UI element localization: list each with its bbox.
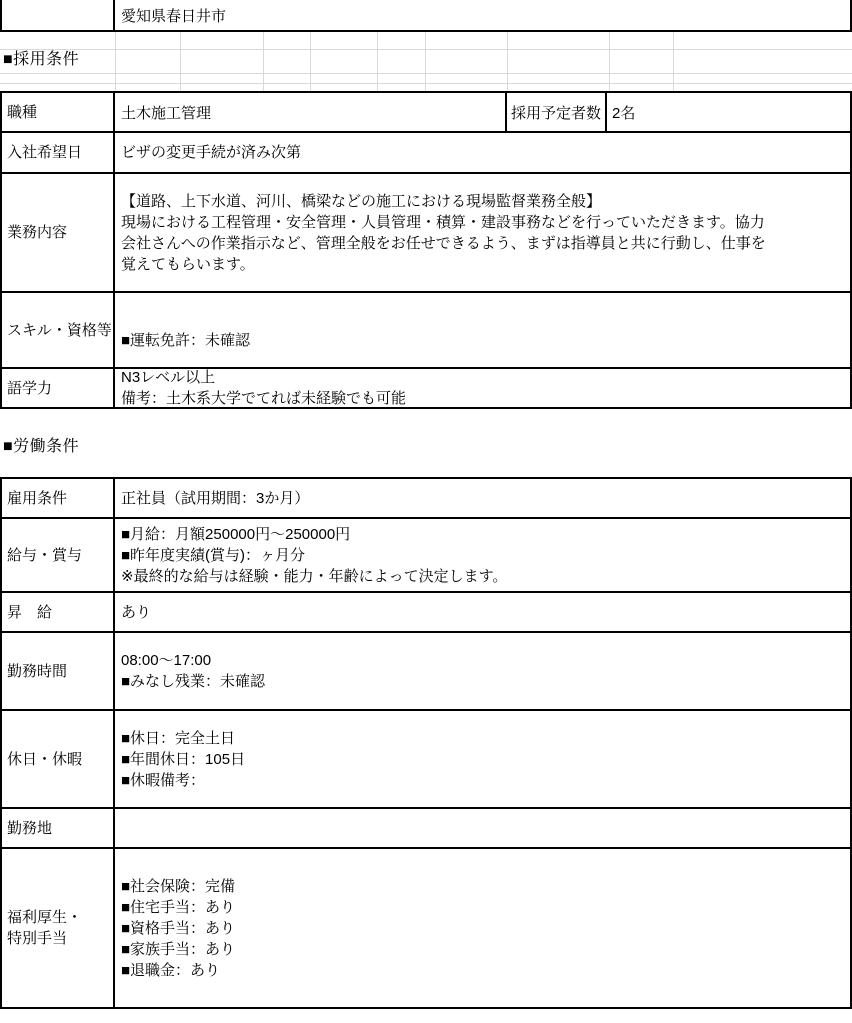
row-label: 勤務時間 [2, 633, 115, 709]
row-content: ■社会保険：完備■住宅手当：あり■資格手当：あり■家族手当：あり■退職金：あり [115, 849, 850, 1007]
content-line: ■運転免許：未確認 [121, 330, 844, 351]
content-line: ■休暇備考： [121, 770, 844, 791]
location-value: 愛知県春日井市 [115, 0, 850, 30]
table-row: 給与・賞与■月給：月額250000円～250000円■昨年度実績(賞与)：ヶ月分… [2, 517, 850, 591]
labor-conditions-table: 雇用条件正社員（試用期間：3か月）給与・賞与■月給：月額250000円～2500… [0, 477, 852, 1009]
grid-line-horizontal [0, 49, 852, 50]
content-line: 現場における工程管理・安全管理・人員管理・積算・建設事務などを行っていただきます… [121, 212, 844, 233]
table-row: 雇用条件正社員（試用期間：3か月） [2, 479, 850, 517]
job-posting-page: 愛知県春日井市 ■採用条件 職種土木施工管理採用予定者数2名入社希望日ビザの変更… [0, 0, 852, 1023]
content-line: N3レベル以上 [121, 367, 844, 388]
row-content: ■月給：月額250000円～250000円■昨年度実績(賞与)：ヶ月分※最終的な… [115, 519, 850, 591]
content-line: あり [121, 602, 844, 623]
row-label: 語学力 [2, 369, 115, 407]
row-content: 正社員（試用期間：3か月） [115, 479, 850, 517]
content-line: ※最終的な給与は経験・能力・年齢によって決定します。 [121, 566, 844, 587]
table-row: 語学力N3レベル以上備考：土木系大学でてれば未経験でも可能 [2, 367, 850, 407]
row-label: 入社希望日 [2, 133, 115, 172]
content-line: ■住宅手当：あり [121, 897, 844, 918]
content-line: ■昨年度実績(賞与)：ヶ月分 [121, 545, 844, 566]
table-row: 業務内容【道路、上下水道、河川、橋梁などの施工における現場監督業務全般】現場にお… [2, 172, 850, 291]
content-line [121, 309, 844, 330]
content-line: ■社会保険：完備 [121, 876, 844, 897]
table-row: 勤務時間08:00～17:00■みなし残業：未確認 [2, 631, 850, 709]
content-line: ■退職金：あり [121, 960, 844, 981]
content-line: ■資格手当：あり [121, 918, 844, 939]
content-line: 覚えてもらいます。 [121, 254, 844, 275]
row-content: 【道路、上下水道、河川、橋梁などの施工における現場監督業務全般】現場における工程… [115, 174, 850, 291]
row-content: ビザの変更手続が済み次第 [115, 133, 850, 172]
row-label: 職種 [2, 93, 115, 131]
row-label: 雇用条件 [2, 479, 115, 517]
row-label: スキル・資格等 [2, 293, 115, 367]
row-content: ■休日：完全土日■年間休日：105日■休暇備考： [115, 711, 850, 807]
table-row: 福利厚生・ 特別手当■社会保険：完備■住宅手当：あり■資格手当：あり■家族手当：… [2, 847, 850, 1007]
section-heading-recruitment-conditions: ■採用条件 [3, 50, 79, 70]
row-label: 休日・休暇 [2, 711, 115, 807]
content-line: ■みなし残業：未確認 [121, 671, 844, 692]
extra-value: 2名 [605, 93, 850, 131]
section-heading-labor-conditions: ■労働条件 [3, 437, 79, 457]
content-line: ビザの変更手続が済み次第 [121, 142, 844, 163]
table-row: 勤務地 [2, 807, 850, 847]
content-line: ■休日：完全土日 [121, 728, 844, 749]
table-row: 休日・休暇■休日：完全土日■年間休日：105日■休暇備考： [2, 709, 850, 807]
row-content: N3レベル以上備考：土木系大学でてれば未経験でも可能 [115, 369, 850, 407]
row-content: 08:00～17:00■みなし残業：未確認 [115, 633, 850, 709]
content-line: ■月給：月額250000円～250000円 [121, 524, 844, 545]
content-line: 08:00～17:00 [121, 650, 844, 671]
recruitment-conditions-table: 職種土木施工管理採用予定者数2名入社希望日ビザの変更手続が済み次第業務内容【道路… [0, 91, 852, 409]
row-content: ■運転免許：未確認 [115, 293, 850, 367]
grid-line-horizontal [0, 73, 852, 74]
row-label: 福利厚生・ 特別手当 [2, 849, 115, 1007]
content-line: 備考：土木系大学でてれば未経験でも可能 [121, 388, 844, 409]
content-line: ■家族手当：あり [121, 939, 844, 960]
row-label: 業務内容 [2, 174, 115, 291]
row-content: 土木施工管理 [115, 93, 505, 131]
row-label: 給与・賞与 [2, 519, 115, 591]
row-content: あり [115, 593, 850, 631]
location-row-label [2, 0, 115, 30]
row-label: 昇 給 [2, 593, 115, 631]
spreadsheet-grid [0, 32, 852, 91]
table-row: スキル・資格等 ■運転免許：未確認 [2, 291, 850, 367]
location-row: 愛知県春日井市 [0, 0, 852, 32]
content-line: 【道路、上下水道、河川、橋梁などの施工における現場監督業務全般】 [121, 191, 844, 212]
row-label: 勤務地 [2, 809, 115, 847]
content-line: ■年間休日：105日 [121, 749, 844, 770]
extra-label: 採用予定者数 [505, 93, 605, 131]
row-content [115, 809, 850, 847]
grid-line-horizontal [0, 83, 852, 84]
table-row: 昇 給あり [2, 591, 850, 631]
table-row: 職種土木施工管理採用予定者数2名 [2, 93, 850, 131]
content-line: 正社員（試用期間：3か月） [121, 488, 844, 509]
content-line: 会社さんへの作業指示など、管理全般をお任せできるよう、まずは指導員と共に行動し、… [121, 233, 844, 254]
table-row: 入社希望日ビザの変更手続が済み次第 [2, 131, 850, 172]
